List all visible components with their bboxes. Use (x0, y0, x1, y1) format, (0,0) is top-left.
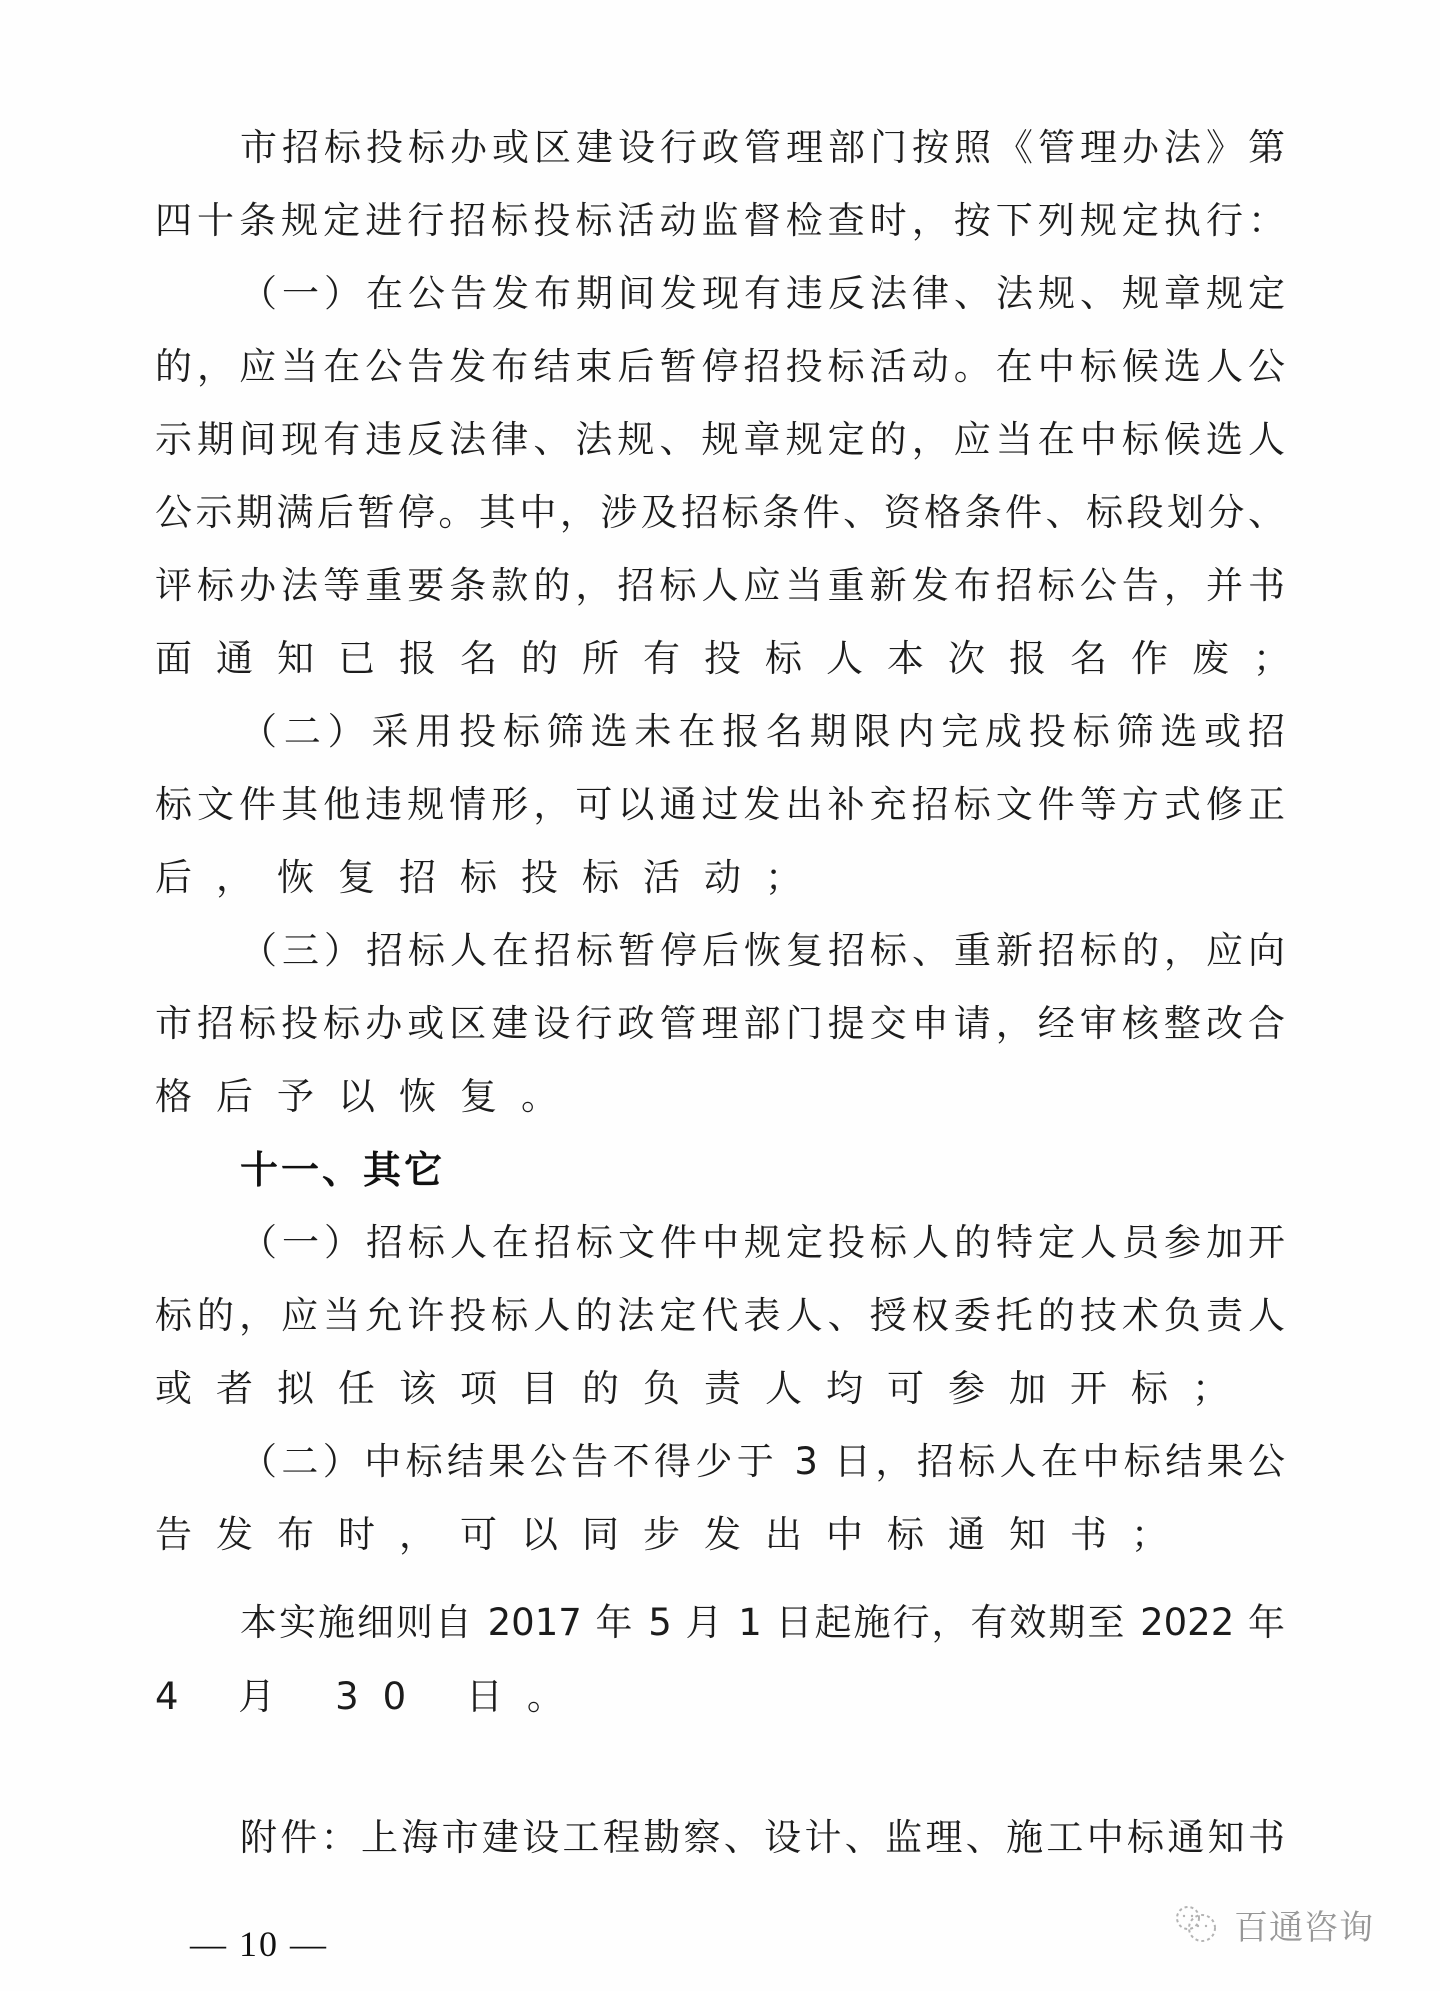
text-line: 公示期满后暂停。其中，涉及招标条件、资格条件、标段划分、 (155, 488, 1285, 538)
text-line: 或者拟任该项目的负责人均可参加开标； (155, 1364, 1285, 1414)
section-heading: 十一、其它 (240, 1145, 445, 1195)
text-line: 评标办法等重要条款的，招标人应当重新发布招标公告，并书 (155, 561, 1285, 611)
text-line: 标的，应当允许投标人的法定代表人、授权委托的技术负责人 (155, 1291, 1285, 1341)
text-line: 标文件其他违规情形，可以通过发出补充招标文件等方式修正 (155, 780, 1285, 830)
wechat-official-account-icon (1172, 1900, 1220, 1948)
text-line: 告发布时，可以同步发出中标通知书； (155, 1510, 1285, 1560)
text-line: 四十条规定进行招标投标活动监督检查时，按下列规定执行： (155, 196, 1285, 246)
text-line: 示期间现有违反法律、法规、规章规定的，应当在中标候选人 (155, 415, 1285, 465)
page-number: — 10 — (190, 1920, 328, 1968)
text-line: 格后予以恢复。 (155, 1072, 1285, 1122)
text-line: 市招标投标办或区建设行政管理部门按照《管理办法》第 (240, 123, 1285, 173)
text-line: 本实施细则自 2017 年 5 月 1 日起施行，有效期至 2022 年 (240, 1598, 1285, 1648)
text-line: （一）在公告发布期间发现有违反法律、法规、规章规定 (240, 269, 1285, 319)
watermark: 百通咨询 (1172, 1898, 1374, 1950)
text-line: （三）招标人在招标暂停后恢复招标、重新招标的，应向 (240, 926, 1285, 976)
text-line: 4 月 30 日。 (155, 1672, 1285, 1722)
text-line: （二）中标结果公告不得少于 3 日，招标人在中标结果公 (240, 1437, 1285, 1487)
text-line: 后，恢复招标投标活动； (155, 853, 1285, 903)
text-line: （一）招标人在招标文件中规定投标人的特定人员参加开 (240, 1218, 1285, 1268)
text-line: （二）采用投标筛选未在报名期限内完成投标筛选或招 (240, 707, 1285, 757)
text-line: 面通知已报名的所有投标人本次报名作废； (155, 634, 1285, 684)
text-line: 市招标投标办或区建设行政管理部门提交申请，经审核整改合 (155, 999, 1285, 1049)
document-page: 市招标投标办或区建设行政管理部门按照《管理办法》第四十条规定进行招标投标活动监督… (0, 0, 1440, 1991)
text-line: 的，应当在公告发布结束后暂停招投标活动。在中标候选人公 (155, 342, 1285, 392)
watermark-text: 百通咨询 (1234, 1900, 1374, 1949)
text-line: 附件：上海市建设工程勘察、设计、监理、施工中标通知书 (240, 1813, 1285, 1863)
